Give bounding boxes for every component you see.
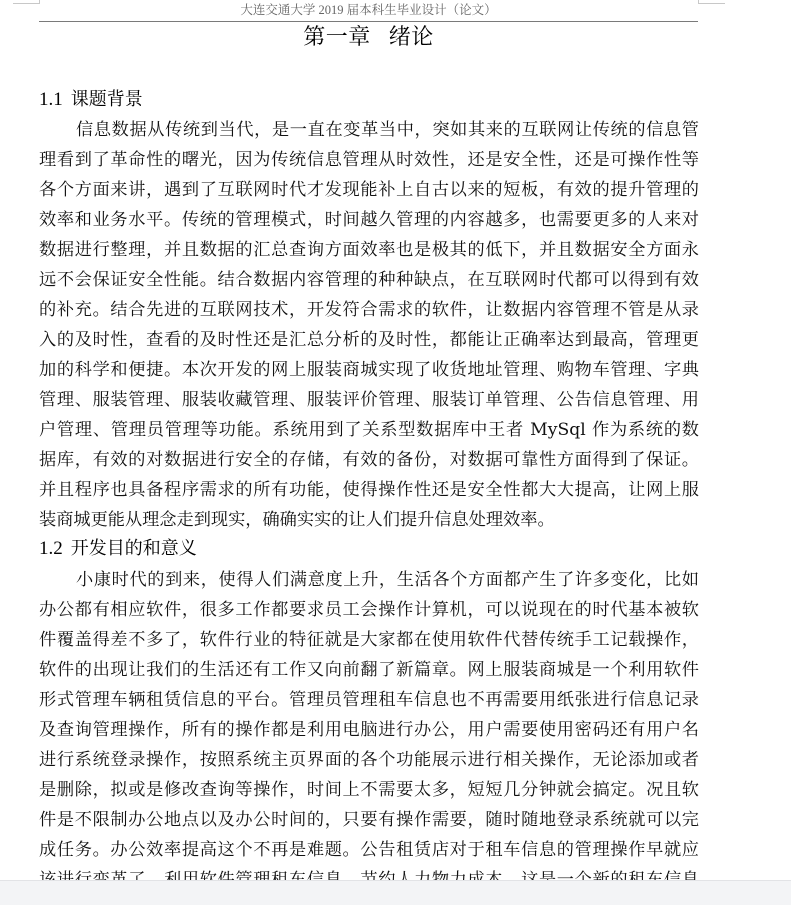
page-corner-mark-left — [13, 0, 40, 4]
text-line: 装商城更能从理念走到现实，确确实实的让人们提升信息处理效率。 — [39, 505, 699, 535]
text-line: 是删除，拟或是修改查询等操作，时间上不需要太多，短短几分钟就会搞定。况且软 — [39, 775, 699, 805]
section-title: 课题背景 — [71, 89, 143, 110]
viewer-bottom-bar — [0, 880, 791, 905]
section-number: 1.1 — [39, 89, 63, 110]
text-line: 并且程序也具备程序需求的所有功能，使得操作性还是安全性都大大提高，让网上服 — [39, 475, 699, 505]
text-line: 管理、服装管理、服装收藏管理、服装评价管理、服装订单管理、公告信息管理、用 — [39, 385, 699, 415]
text-line: 数据进行整理，并且数据的汇总查询方面效率也是极其的低下，并且数据安全方面永 — [39, 235, 699, 265]
chapter-title: 第一章绪论 — [39, 23, 698, 53]
text-line: 件覆盖得差不多了，软件行业的特征就是大家都在使用软件代替传统手工记载操作， — [39, 625, 699, 655]
text-line: 小康时代的到来，使得人们满意度上升，生活各个方面都产生了许多变化，比如 — [39, 565, 699, 595]
section-number: 1.2 — [39, 538, 63, 559]
text-line: 信息数据从传统到当代，是一直在变革当中，突如其来的互联网让传统的信息管 — [39, 115, 699, 145]
paragraph-background: 信息数据从传统到当代，是一直在变革当中，突如其来的互联网让传统的信息管 理看到了… — [39, 115, 699, 535]
text-line: 软件的出现让我们的生活还有工作又向前翻了新篇章。网上服装商城是一个利用软件 — [39, 655, 699, 685]
paragraph-purpose: 小康时代的到来，使得人们满意度上升，生活各个方面都产生了许多变化，比如 办公都有… — [39, 565, 699, 880]
chapter-name: 绪论 — [389, 25, 434, 50]
text-line: 形式管理车辆租赁信息的平台。管理员管理租车信息也不再需要用纸张进行信息记录 — [39, 685, 699, 715]
text-line: 及查询管理操作，所有的操作都是利用电脑进行办公，用户需要使用密码还有用户名 — [39, 715, 699, 745]
chapter-number: 第一章 — [303, 25, 371, 50]
text-line: 的补充。结合先进的互联网技术，开发符合需求的软件，让数据内容管理不管是从录 — [39, 295, 699, 325]
section-title: 开发目的和意义 — [71, 538, 197, 559]
section-heading-1-2: 1.2开发目的和意义 — [39, 537, 698, 561]
text-line: 入的及时性，查看的及时性还是汇总分析的及时性，都能让正确率达到最高，管理更 — [39, 325, 699, 355]
running-header: 大连交通大学 2019 届本科生毕业设计（论文） — [39, 0, 698, 22]
document-page: 大连交通大学 2019 届本科生毕业设计（论文） 第一章绪论 1.1课题背景 信… — [0, 0, 791, 880]
text-line: 该进行变革了，利用软件管理租车信息，节约人力物力成本，这是一个新的租车信息 — [39, 865, 699, 880]
text-line: 各个方面来讲，遇到了互联网时代才发现能补上自古以来的短板，有效的提升管理的 — [39, 175, 699, 205]
text-line: 件是不限制办公地点以及办公时间的，只要有操作需要，随时随地登录系统就可以完 — [39, 805, 699, 835]
text-line: 进行系统登录操作，按照系统主页界面的各个功能展示进行相关操作，无论添加或者 — [39, 745, 699, 775]
section-heading-1-1: 1.1课题背景 — [39, 88, 698, 112]
page-corner-mark-right — [698, 0, 725, 4]
text-line: 远不会保证安全性能。结合数据内容管理的种种缺点，在互联网时代都可以得到有效 — [39, 265, 699, 295]
text-line: 成任务。办公效率提高这个不再是难题。公告租赁店对于租车信息的管理操作早就应 — [39, 835, 699, 865]
text-line: 据库，有效的对数据进行安全的存储，有效的备份，对数据可靠性方面得到了保证。 — [39, 445, 699, 475]
text-line: 加的科学和便捷。本次开发的网上服装商城实现了收货地址管理、购物车管理、字典 — [39, 355, 699, 385]
text-line: 户管理、管理员管理等功能。系统用到了关系型数据库中王者 MySql 作为系统的数 — [39, 415, 699, 445]
text-line: 办公都有相应软件，很多工作都要求员工会操作计算机，可以说现在的时代基本被软 — [39, 595, 699, 625]
text-line: 效率和业务水平。传统的管理模式，时间越久管理的内容越多，也需要更多的人来对 — [39, 205, 699, 235]
text-line: 理看到了革命性的曙光，因为传统信息管理从时效性，还是安全性，还是可操作性等 — [39, 145, 699, 175]
